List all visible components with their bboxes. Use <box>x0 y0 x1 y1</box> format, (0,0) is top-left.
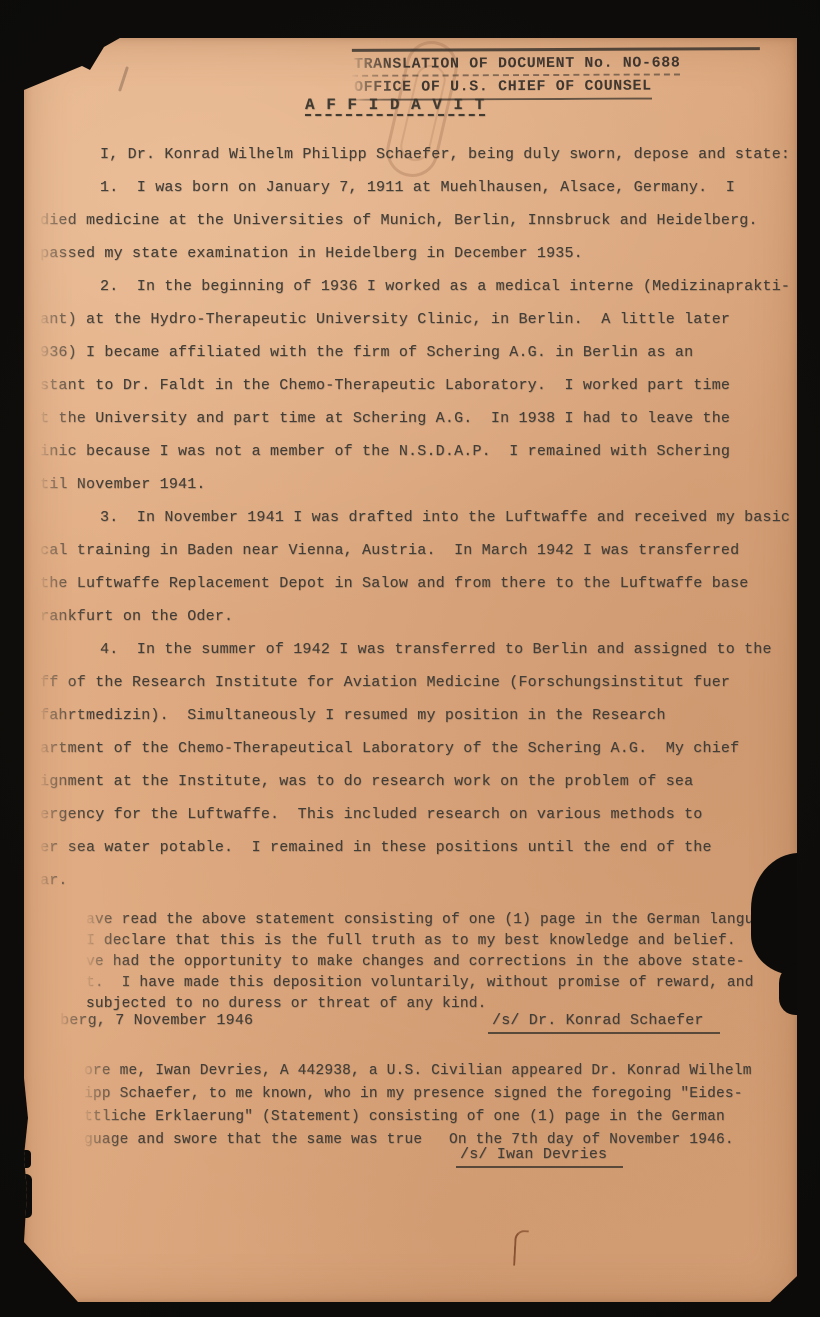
text-line: the Luftwaffe Replacement Depot in Salow… <box>40 567 788 600</box>
text-line: fahrtmedizin). Simultaneously I resumed … <box>40 699 788 732</box>
text-line: ergency for the Luftwaffe. This included… <box>40 798 788 831</box>
text-line: rankfurt on the Oder. <box>40 600 788 633</box>
text-line: passed my state examination in Heidelber… <box>40 237 788 270</box>
text-line: t. I have made this deposition voluntari… <box>40 973 788 994</box>
text-line: guage and swore that the same was true O… <box>40 1129 788 1152</box>
text-line: ant) at the Hydro-Therapeutic University… <box>40 303 788 336</box>
notary-certification: ore me, Iwan Devries, A 442938, a U.S. C… <box>40 1060 788 1152</box>
text-line: 1. I was born on January 7, 1911 at Mueh… <box>40 171 788 204</box>
text-line: stant to Dr. Faldt in the Chemo-Therapeu… <box>40 369 788 402</box>
text-line: 3. In November 1941 I was drafted into t… <box>40 501 788 534</box>
text-line: ve had the opportunity to make changes a… <box>40 952 788 973</box>
text-line: ipp Schaefer, to me known, who in my pre… <box>40 1083 788 1106</box>
schaefer-signature: /s/ Dr. Konrad Schaefer <box>488 1012 720 1034</box>
affidavit-body: I, Dr. Konrad Wilhelm Philipp Schaefer, … <box>40 138 788 897</box>
text-line: ar. <box>40 864 788 897</box>
left-edge-notch <box>22 1150 31 1168</box>
scanner-background: TRANSLATION OF DOCUMENT No. NO-688 OFFIC… <box>0 0 820 1317</box>
left-edge-notch <box>21 1174 32 1218</box>
stamp-document-number-line: TRANSLATION OF DOCUMENT No. NO-688 <box>352 53 681 76</box>
text-line: 4. In the summer of 1942 I was transferr… <box>40 633 788 666</box>
text-line: I declare that this is the full truth as… <box>40 931 788 952</box>
text-line: 936) I became affiliated with the firm o… <box>40 336 788 369</box>
text-line: died medicine at the Universities of Mun… <box>40 204 788 237</box>
text-line: t the University and part time at Scheri… <box>40 402 788 435</box>
deposition-closing-statement: ave read the above statement consisting … <box>40 910 788 1015</box>
devries-signature: /s/ Iwan Devries <box>456 1146 623 1168</box>
text-line: ignment at the Institute, was to do rese… <box>40 765 788 798</box>
date-line: berg, 7 November 1946 <box>60 1012 253 1029</box>
text-line: artment of the Chemo-Therapeutical Labor… <box>40 732 788 765</box>
text-line: inic because I was not a member of the N… <box>40 435 788 468</box>
text-line: ff of the Research Institute for Aviatio… <box>40 666 788 699</box>
pen-mark <box>513 1230 529 1267</box>
text-line: til November 1941. <box>40 468 788 501</box>
torn-edge-hole-tail <box>779 963 799 1015</box>
translation-stamp: TRANSLATION OF DOCUMENT No. NO-688 OFFIC… <box>352 47 760 101</box>
date-and-signature-row: berg, 7 November 1946 /s/ Dr. Konrad Sch… <box>40 1012 788 1042</box>
text-line: 2. In the beginning of 1936 I worked as … <box>40 270 788 303</box>
text-line: ave read the above statement consisting … <box>40 910 788 931</box>
text-line: ttliche Erklaerung" (Statement) consisti… <box>40 1106 788 1129</box>
affidavit-paper: TRANSLATION OF DOCUMENT No. NO-688 OFFIC… <box>24 38 797 1302</box>
affidavit-title: A F F I D A V I T <box>305 96 485 114</box>
text-line: cal training in Baden near Vienna, Austr… <box>40 534 788 567</box>
text-line: er sea water potable. I remained in thes… <box>40 831 788 864</box>
text-line: ore me, Iwan Devries, A 442938, a U.S. C… <box>40 1060 788 1083</box>
text-line: I, Dr. Konrad Wilhelm Philipp Schaefer, … <box>40 138 788 171</box>
corner-scratch-mark <box>118 66 129 92</box>
